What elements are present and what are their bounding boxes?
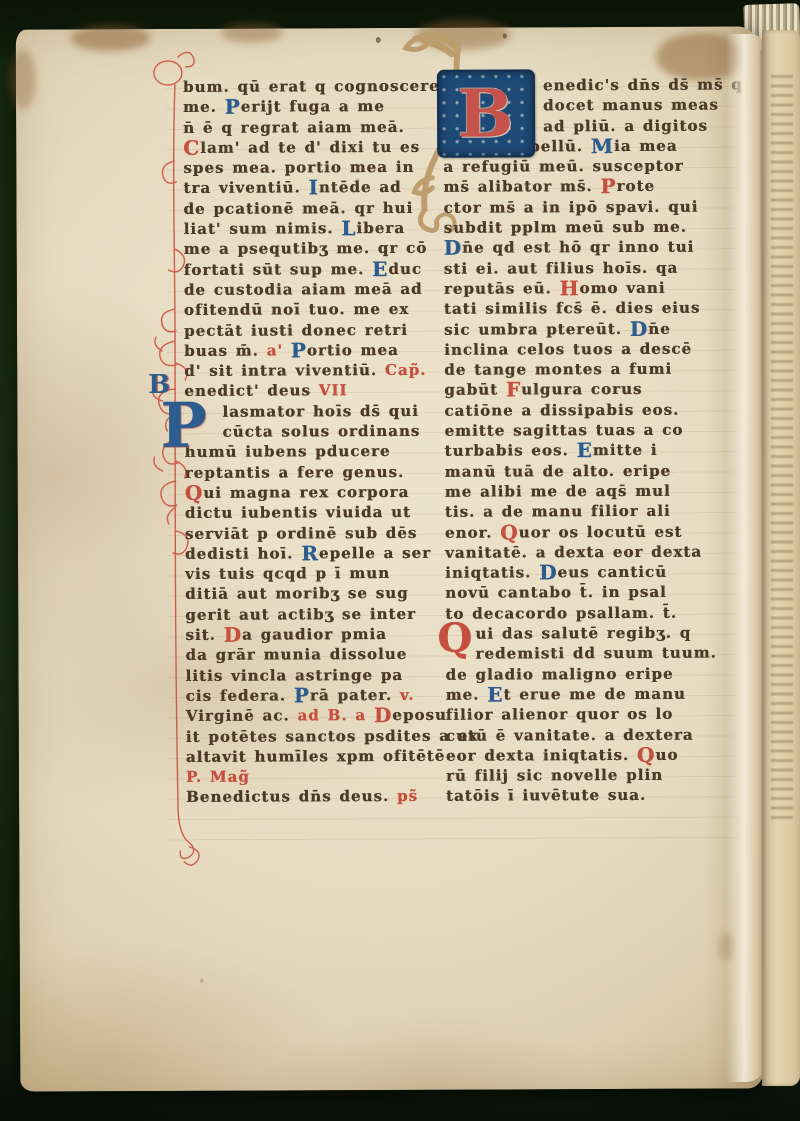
text-segment: de custodia aiam meā ad	[184, 280, 423, 299]
text-segment: ortio mea	[307, 341, 399, 359]
text-segment: me alibi me de aqs̄ mul	[445, 482, 671, 501]
page-stain	[720, 931, 736, 961]
text-line: da grār munia dissolue	[185, 644, 439, 665]
text-line: reptantis a fere genus.	[185, 461, 439, 482]
text-segment: cutū ē vanitate. a dextera	[446, 725, 694, 744]
text-line: sic umbra ptereūt. Dn̄e	[444, 318, 724, 340]
text-line: subdit pplm meū sub me.	[444, 217, 724, 239]
text-line: de gladio maligno eripe	[445, 663, 725, 685]
text-segment: eor dexta iniqtatis.	[446, 746, 637, 765]
text-line: enor. Quor os locutū est	[445, 521, 725, 543]
text-segment: d' sit intra viventiū.	[184, 361, 385, 380]
colored-initial: E	[576, 438, 592, 462]
text-segment: gabūt	[444, 381, 506, 399]
text-line: bum. qū erat q cognoscere	[183, 76, 437, 97]
text-segment: Benedictus dn̄s deus.	[186, 787, 397, 806]
colored-initial: F	[506, 378, 521, 402]
text-line: Benedictus dn̄s deus. ps̃	[186, 786, 440, 807]
text-segment: ctor ms̄ a in ipō spavi. qui	[443, 197, 698, 216]
colored-initial: D	[374, 703, 393, 727]
text-line: P. Mag̃	[186, 766, 440, 787]
colored-initial: M	[591, 134, 614, 158]
colored-initial: D	[444, 236, 463, 260]
text-line: rū filij sic novelle plin	[446, 765, 726, 787]
text-segment: lam' ad te d' dixi tu es	[200, 138, 420, 157]
page-stain	[71, 25, 151, 51]
text-line: vis tuis qcqd p ī mun	[185, 563, 439, 584]
text-line: a refugiū meū. susceptor	[443, 156, 723, 178]
text-segment: n̄e qd est hō qr inno tui	[462, 238, 694, 257]
text-segment: dedisti hoī.	[185, 544, 301, 563]
text-line: pectāt iusti donec retri	[184, 319, 438, 340]
text-line: n̄ ē q regrat aiam meā.	[183, 116, 437, 137]
ink-speck	[503, 33, 507, 38]
text-segment: erijt fuga a me	[241, 97, 385, 116]
text-line: inclina celos tuos a descē	[444, 338, 724, 360]
text-segment: tra viventiū.	[183, 179, 308, 198]
text-segment: tatōis ī iuvētute sua.	[446, 786, 646, 805]
text-segment: Virginē ac.	[186, 707, 298, 725]
rubric-segment: ad B. a	[297, 706, 373, 724]
text-segment: subdit pplm meū sub me.	[444, 218, 687, 237]
colored-initial: Q	[500, 520, 519, 544]
text-line: ms̄ alibator ms̄. Prote	[443, 176, 723, 198]
text-segment: sti ei. aut filius hoīs. qa	[444, 258, 679, 277]
rubric-segment: VII	[319, 382, 348, 400]
text-segment: t erue me de manu	[503, 685, 685, 704]
text-segment: vis tuis qcqd p ī mun	[185, 564, 390, 583]
text-line: buas m̄. a' Portio mea	[184, 340, 438, 361]
ink-speck	[200, 979, 204, 983]
text-segment: fortati sūt sup me.	[184, 260, 372, 279]
text-segment: rū filij sic novelle plin	[446, 766, 663, 785]
text-segment: it potētes sanctos psdites a ex	[186, 726, 479, 745]
illuminated-initial-b: B	[437, 69, 535, 157]
text-segment: ui magna rex corpora	[203, 483, 409, 502]
text-line: to decacordo psallam. t̄.	[445, 602, 725, 624]
colored-initial: D	[224, 623, 243, 647]
text-line: dedisti hoī. Repelle a ser	[185, 543, 439, 564]
text-line: gabūt Fulgura corus	[444, 379, 724, 401]
text-line: reputās eū. Homo vani	[444, 278, 724, 300]
text-segment: ofitendū noī tuo. me ex	[184, 300, 409, 319]
text-line: ui das salutē regibʒ. q	[445, 623, 725, 645]
text-segment: gerit aut actibʒ se inter	[185, 605, 416, 624]
initial-plasmator: P	[148, 393, 212, 497]
colored-initial: D	[539, 560, 558, 584]
text-line: dictu iubentis viuida ut	[185, 502, 439, 523]
text-segment: sic umbra ptereūt.	[444, 320, 630, 339]
page-stain	[10, 50, 36, 110]
text-segment: ibera	[356, 219, 405, 237]
text-line: humū iubens pducere	[184, 441, 438, 462]
text-segment: de gladio maligno eripe	[445, 664, 673, 683]
text-segment: iniqtatis.	[445, 563, 539, 581]
colored-initial: E	[372, 257, 388, 281]
text-line: altavit humīles xpm ofitētē	[186, 746, 440, 767]
parchment-page: B P bum. qū erat q cognoscereme. Perijt …	[16, 26, 765, 1091]
text-line: sti ei. aut filius hoīs. qa	[444, 257, 724, 279]
manuscript-photo: B P bum. qū erat q cognoscereme. Perijt …	[0, 0, 800, 1121]
text-line: Clam' ad te d' dixi tu es	[183, 137, 437, 158]
text-line: tati similis fcs̄ ē. dies eius	[444, 298, 724, 320]
text-segment: uor os locutū est	[519, 522, 683, 541]
text-segment: a gaudior pmia	[242, 625, 387, 644]
text-segment: sit.	[185, 626, 223, 644]
page-stain	[416, 19, 511, 49]
text-segment: n̄e	[648, 319, 671, 337]
text-segment: enor.	[445, 523, 500, 541]
text-segment: ad pliū. a digitos	[543, 116, 708, 135]
rubric-segment: Cap̃.	[385, 361, 427, 379]
text-segment: ms̄ alibator ms̄.	[443, 178, 600, 197]
text-segment: ditiā aut moribʒ se sug	[185, 584, 409, 603]
text-segment: filior alienor quor os lo	[446, 705, 674, 724]
text-segment: ulgura corus	[521, 380, 642, 399]
text-segment: epelle a ser	[319, 544, 431, 562]
text-segment: dictu iubentis viuida ut	[185, 503, 411, 522]
colored-initial: I	[308, 176, 319, 200]
text-segment: reptantis a fere genus.	[185, 463, 405, 482]
text-segment: duc	[388, 260, 422, 278]
text-line: tis. a de manu filior ali	[445, 501, 725, 523]
text-segment: humū iubens pducere	[184, 442, 390, 461]
colored-initial: P	[600, 174, 616, 198]
text-segment: me.	[446, 685, 488, 703]
text-segment: cis federa.	[186, 686, 294, 704]
text-segment: liat' sum nimis.	[184, 219, 342, 238]
text-segment: altavit humīles xpm ofitētē	[186, 747, 445, 766]
text-segment: serviāt p ordinē sub dēs	[185, 523, 417, 542]
colored-initial: P	[225, 95, 241, 119]
text-segment: me.	[183, 98, 225, 116]
text-segment: inclina celos tuos a descē	[444, 340, 692, 359]
text-segment: uo	[655, 746, 678, 764]
right-text-column: B Q enedic's dn̄s ds̄ ms̄ qdocet manus m…	[443, 75, 726, 807]
text-segment: vanitatē. a dexta eor dexta	[445, 542, 702, 561]
text-segment: pectāt iusti donec retri	[184, 320, 408, 339]
initial-salutare: Q	[437, 619, 473, 665]
text-line: litis vincla astringe pa	[185, 664, 439, 685]
text-segment: me a psequtibʒ me. qr cō	[184, 239, 428, 258]
text-line: de pcationē meā. qr hui	[183, 198, 437, 219]
text-segment: reputās eū.	[444, 279, 560, 298]
text-line: Qui magna rex corpora	[185, 482, 439, 503]
text-line: ditiā aut moribʒ se sug	[185, 583, 439, 604]
text-segment: redemisti dd suum tuum.	[475, 644, 716, 663]
colored-initial: R	[301, 541, 319, 565]
ink-speck	[376, 37, 381, 43]
text-segment: eus canticū	[557, 563, 667, 581]
text-line: de custodia aiam meā ad	[184, 279, 438, 300]
text-segment: enedic's dn̄s ds̄ ms̄ q	[543, 75, 743, 94]
text-line: tatōis ī iuvētute sua.	[446, 785, 726, 807]
rubric-segment: ps̃	[397, 787, 418, 805]
text-segment: da grār munia dissolue	[185, 645, 407, 664]
colored-initial: Q	[637, 743, 656, 767]
text-line: manū tuā de alto. eripe	[445, 460, 725, 482]
text-line: it potētes sanctos psdites a ex	[186, 725, 440, 746]
colored-initial: E	[487, 682, 503, 706]
rubric-segment: a'	[267, 341, 291, 359]
text-line: vanitatē. a dexta eor dexta	[445, 541, 725, 563]
colored-initial: P	[294, 683, 310, 707]
text-segment: emitte sagittas tuas a co	[444, 421, 683, 440]
text-segment: docet manus meas	[543, 96, 719, 115]
text-segment: rā pater.	[310, 686, 400, 704]
text-segment: catiōne a dissipabis eos.	[444, 400, 679, 419]
text-segment: a refugiū meū. susceptor	[443, 157, 683, 176]
text-segment: mitte i	[593, 441, 658, 459]
text-line: liat' sum nimis. Libera	[184, 218, 438, 239]
next-page-edge	[762, 30, 800, 1086]
text-line: me. Perijt fuga a me	[183, 96, 437, 117]
text-segment: manū tuā de alto. eripe	[445, 461, 672, 480]
colored-initial: C	[183, 136, 200, 160]
initial-letter: Q	[437, 615, 473, 662]
text-segment: ia mea	[614, 137, 678, 155]
colored-initial: H	[559, 276, 579, 300]
text-line: Virginē ac. ad B. a Deposu	[186, 705, 440, 726]
text-segment: tati similis fcs̄ ē. dies eius	[444, 299, 701, 318]
text-line: cis federa. Prā pater. v.	[186, 685, 440, 706]
text-line: ofitendū noī tuo. me ex	[184, 299, 438, 320]
text-segment: lasmator hoīs ds̄ qui	[222, 402, 419, 421]
text-line: cutū ē vanitate. a dextera	[446, 724, 726, 746]
text-segment: tis. a de manu filior ali	[445, 502, 671, 521]
text-line: gerit aut actibʒ se inter	[185, 604, 439, 625]
text-segment: novū cantabo t̄. in psal	[445, 583, 667, 602]
text-line: turbabis eos. Emitte i	[444, 440, 724, 462]
initial-letter: P	[160, 395, 208, 457]
colored-initial: P	[291, 338, 307, 362]
text-line: eor dexta iniqtatis. Quo	[446, 744, 726, 766]
text-line: iniqtatis. Deus canticū	[445, 562, 725, 584]
rubric-segment: v.	[400, 686, 415, 704]
text-segment: bum. qū erat q cognoscere	[183, 77, 440, 96]
text-line: me a psequtibʒ me. qr cō	[184, 238, 438, 259]
text-segment: buas m̄.	[184, 341, 267, 359]
text-segment: litis vincla astringe pa	[185, 666, 403, 685]
text-line: cūcta solus ordinans	[184, 421, 438, 442]
text-line: enedict' deus VII	[184, 380, 438, 401]
text-segment: ui das salutē regibʒ. q	[475, 624, 691, 643]
text-line: me alibi me de aqs̄ mul	[445, 480, 725, 502]
text-line: fortati sūt sup me. Educ	[184, 258, 438, 279]
text-line: d' sit intra viventiū. Cap̃.	[184, 360, 438, 381]
text-segment: cūcta solus ordinans	[222, 422, 420, 441]
text-line: novū cantabo t̄. in psal	[445, 582, 725, 604]
text-segment: turbabis eos.	[444, 442, 576, 461]
text-segment: to decacordo psallam. t̄.	[445, 603, 677, 622]
text-segment: eposu	[392, 706, 447, 724]
text-segment: spes mea. portio mea in	[183, 158, 414, 177]
text-line: ctor ms̄ a in ipō spavi. qui	[443, 196, 723, 218]
text-segment: rote	[616, 177, 655, 195]
text-segment: ntēde ad	[319, 178, 402, 196]
colored-initial: L	[341, 216, 356, 240]
initial-letter: B	[457, 80, 514, 146]
text-segment: n̄ ē q regrat aiam meā.	[183, 118, 405, 137]
text-line: lasmator hoīs ds̄ qui	[184, 401, 438, 422]
next-page-text-bleed	[771, 75, 793, 823]
text-segment: de pcationē meā. qr hui	[183, 199, 413, 218]
text-line: filior alienor quor os lo	[446, 704, 726, 726]
text-line: catiōne a dissipabis eos.	[444, 399, 724, 421]
page-stain	[221, 22, 283, 42]
left-text-column: B P bum. qū erat q cognoscereme. Perijt …	[183, 76, 440, 808]
rubric-segment: P. Mag̃	[186, 768, 250, 786]
text-line: de tange montes a fumi	[444, 359, 724, 381]
text-line: me. Et erue me de manu	[446, 683, 726, 705]
text-segment: omo vani	[579, 279, 665, 297]
text-line: tra viventiū. Intēde ad	[183, 177, 437, 198]
colored-initial: D	[630, 316, 649, 340]
text-line: sit. Da gaudior pmia	[185, 624, 439, 645]
text-line: redemisti dd suum tuum.	[445, 643, 725, 665]
text-segment: de tange montes a fumi	[444, 360, 672, 379]
text-line: Dn̄e qd est hō qr inno tui	[444, 237, 724, 259]
